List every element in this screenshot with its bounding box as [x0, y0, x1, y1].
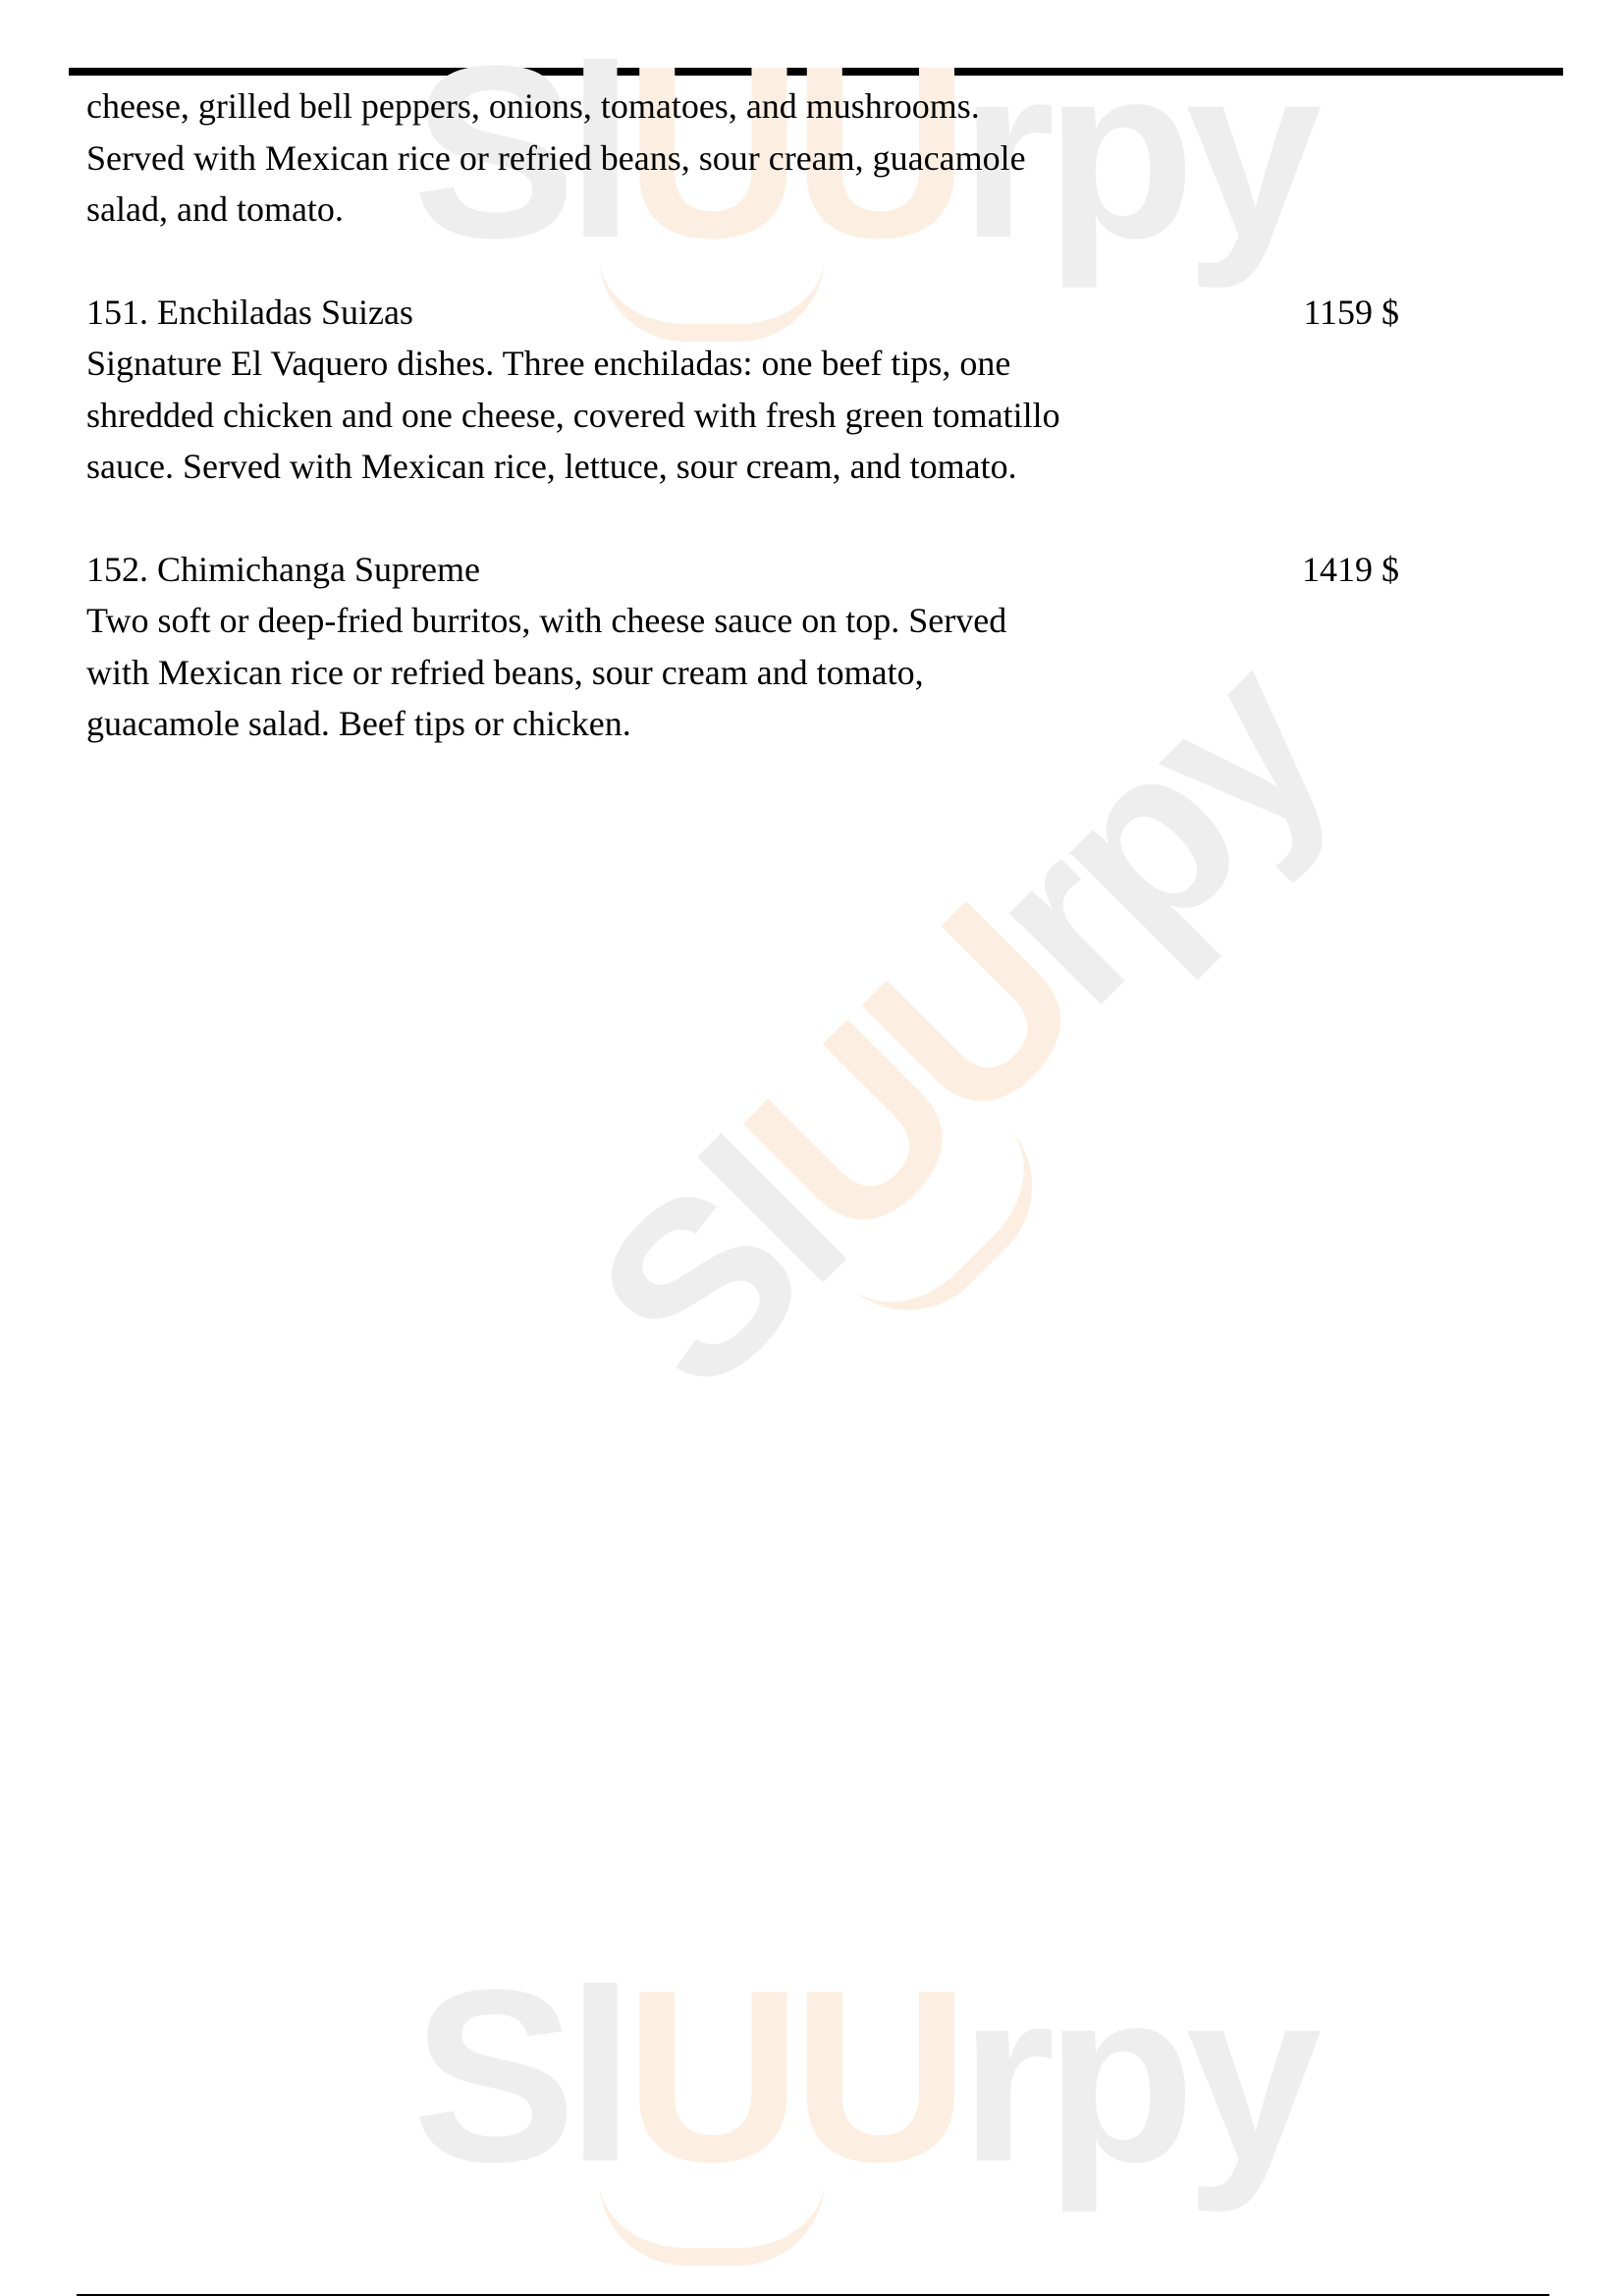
menu-item-price: 1159 $ [1303, 287, 1399, 339]
description-line: sauce. Served with Mexican rice, lettuce… [86, 441, 1481, 493]
description-line: shredded chicken and one cheese, covered… [86, 390, 1481, 442]
description-line: with Mexican rice or refried beans, sour… [86, 647, 1481, 699]
smile-icon [599, 2179, 825, 2266]
description-line: Served with Mexican rice or refried bean… [86, 133, 1481, 185]
menu-item-title: 152. Chimichanga Supreme [86, 544, 480, 596]
description-line: Two soft or deep-fried burritos, with ch… [86, 595, 1481, 647]
menu-item-151: 151. Enchiladas Suizas 1159 $ Signature … [86, 287, 1481, 493]
continued-description: cheese, grilled bell peppers, onions, to… [86, 80, 1481, 236]
description-line: Signature El Vaquero dishes. Three enchi… [86, 338, 1481, 390]
menu-item-price: 1419 $ [1302, 544, 1399, 596]
sluurpy-watermark: SlUUrpy [412, 1953, 1312, 2199]
menu-page: cheese, grilled bell peppers, onions, to… [86, 80, 1481, 750]
description-line: cheese, grilled bell peppers, onions, to… [86, 80, 1481, 133]
watermark-text-gray: Sl [412, 1939, 624, 2213]
watermark-text-gray: rpy [959, 1939, 1312, 2213]
description-line: guacamole salad. Beef tips or chicken. [86, 698, 1481, 750]
menu-item-152: 152. Chimichanga Supreme 1419 $ Two soft… [86, 544, 1481, 750]
menu-item-title: 151. Enchiladas Suizas [86, 287, 413, 339]
description-line: salad, and tomato. [86, 184, 1481, 236]
watermark-text-orange: UU [624, 1939, 959, 2213]
